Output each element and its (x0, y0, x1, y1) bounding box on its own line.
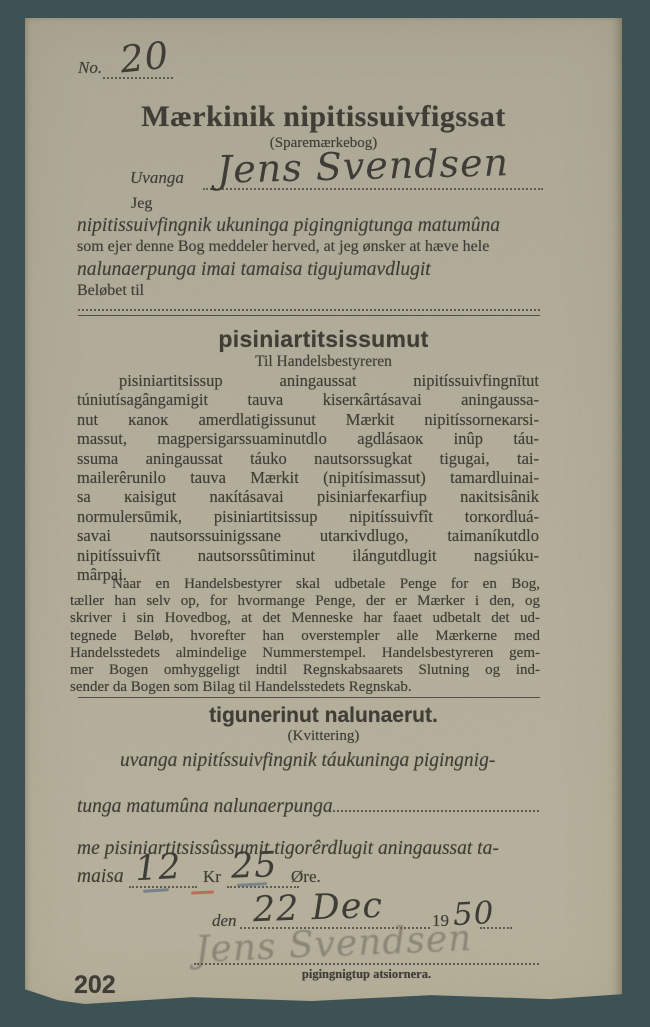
ore-label: Øre. (291, 867, 321, 887)
declaration-greenlandic-2: nalunaerpunga imai tamaisa tigujumavdlug… (77, 259, 547, 281)
document-number-label: No. (78, 58, 102, 78)
paragraph-line: ssuma aningaussat táuko nautsorssugkat t… (77, 449, 539, 468)
paragraph-line: normulersūmik, pisiniartitsissup nipitís… (77, 507, 539, 526)
receipt-line-2-dots (333, 794, 539, 812)
ore-handwritten: 25 (230, 845, 278, 887)
paragraph-line: sender da Bogen som Bilag til Handelsste… (70, 679, 540, 696)
paragraph-line: pisiniartitsissup aningaussat nipitíssui… (77, 371, 539, 390)
maisa-label: maisa (77, 866, 124, 888)
audit-check-red (191, 890, 214, 894)
receipt-divider-line (78, 697, 540, 698)
document-number-handwritten: 20 (118, 34, 171, 82)
receipt-line-2-row: tunga matumûna nalunaerpunga (77, 794, 539, 818)
paragraph-line: skriver i sin Hovedbog, at det Menneske … (70, 610, 540, 627)
paragraph-line: Handelsstedets almindelige Nummerstempel… (70, 645, 540, 662)
paragraph-line: Naar en Handelsbestyrer skal udbetale Pe… (70, 576, 540, 593)
amount-fill-line (78, 309, 540, 316)
signature-label: pigingnigtup atsiornera. (194, 967, 539, 982)
paragraph-line: savai nautsorssuinigssane utarĸivdlugo, … (77, 526, 539, 545)
instructions-heading: pisiniartitsissumut (25, 326, 622, 353)
paragraph-line: sa ĸaisigut naĸításavai pisiniarfeĸarfiu… (77, 487, 539, 506)
kroner-handwritten: 12 (134, 847, 183, 889)
declaration-greenlandic-1: nipitissuivfingnik ukuninga pigingnigtun… (77, 215, 547, 237)
receipt-subheading: (Kvittering) (25, 728, 622, 745)
paragraph-line: mer Bogen omhyggeligt indtil Regnskabsaa… (70, 662, 540, 679)
instructions-subheading: Til Handelsbestyreren (25, 353, 622, 371)
scanned-photo: { "colors":{ "background":"#3d5254", "pa… (0, 0, 650, 1027)
owner-name-handwritten: Jens Svendsen (216, 140, 509, 192)
paragraph-line: massut, magpersigarssuaminutdlo agdlásao… (77, 429, 539, 448)
instructions-danish-paragraph: Naar en Handelsbestyrer skal udbetale Pe… (70, 576, 540, 696)
beloebet-til-label: Beløbet til (77, 282, 547, 300)
paragraph-line: nut ĸanoĸ amerdlatigissunut Mærkit nipit… (77, 410, 539, 429)
jeg-label: Jeg (131, 195, 152, 213)
kr-label: Kr (203, 867, 221, 887)
uvanga-label: Uvanga (130, 168, 184, 188)
receipt-line-2: tunga matumûna nalunaerpunga (77, 796, 333, 818)
instructions-greenlandic-paragraph: pisiniartitsissup aningaussat nipitíssui… (77, 371, 539, 584)
audit-check-blue-1 (143, 888, 169, 893)
receipt-heading: tigunerinut nalunaerut. (25, 704, 622, 728)
receipt-line-1: uvanga nipitíssuivfingnik táukuninga pig… (120, 750, 550, 772)
paragraph-line: túniutísagângamigit tauva kiserĸârtásava… (77, 390, 539, 409)
page-number: 202 (74, 971, 116, 1000)
paragraph-line: tegnede Beløb, hvorefter han overstemple… (70, 628, 540, 645)
savings-book-page: No. 20 Mærkinik nipitissuivfigssat (Spar… (25, 18, 622, 1005)
date-trailing-dots (480, 901, 512, 929)
signature-line (194, 946, 539, 965)
page-title: Mærkinik nipitissuivfigssat (25, 100, 622, 134)
paragraph-line: tæller han selv op, for hvormange Penge,… (70, 593, 540, 610)
declaration-danish-1: som ejer denne Bog meddeler herved, at j… (77, 238, 547, 256)
paragraph-line: mailerêrunilo tauva Mærkit (nipitísimass… (77, 468, 539, 487)
paragraph-line: nipitíssuivfît nautsorssûtiminut ilángut… (77, 546, 539, 565)
